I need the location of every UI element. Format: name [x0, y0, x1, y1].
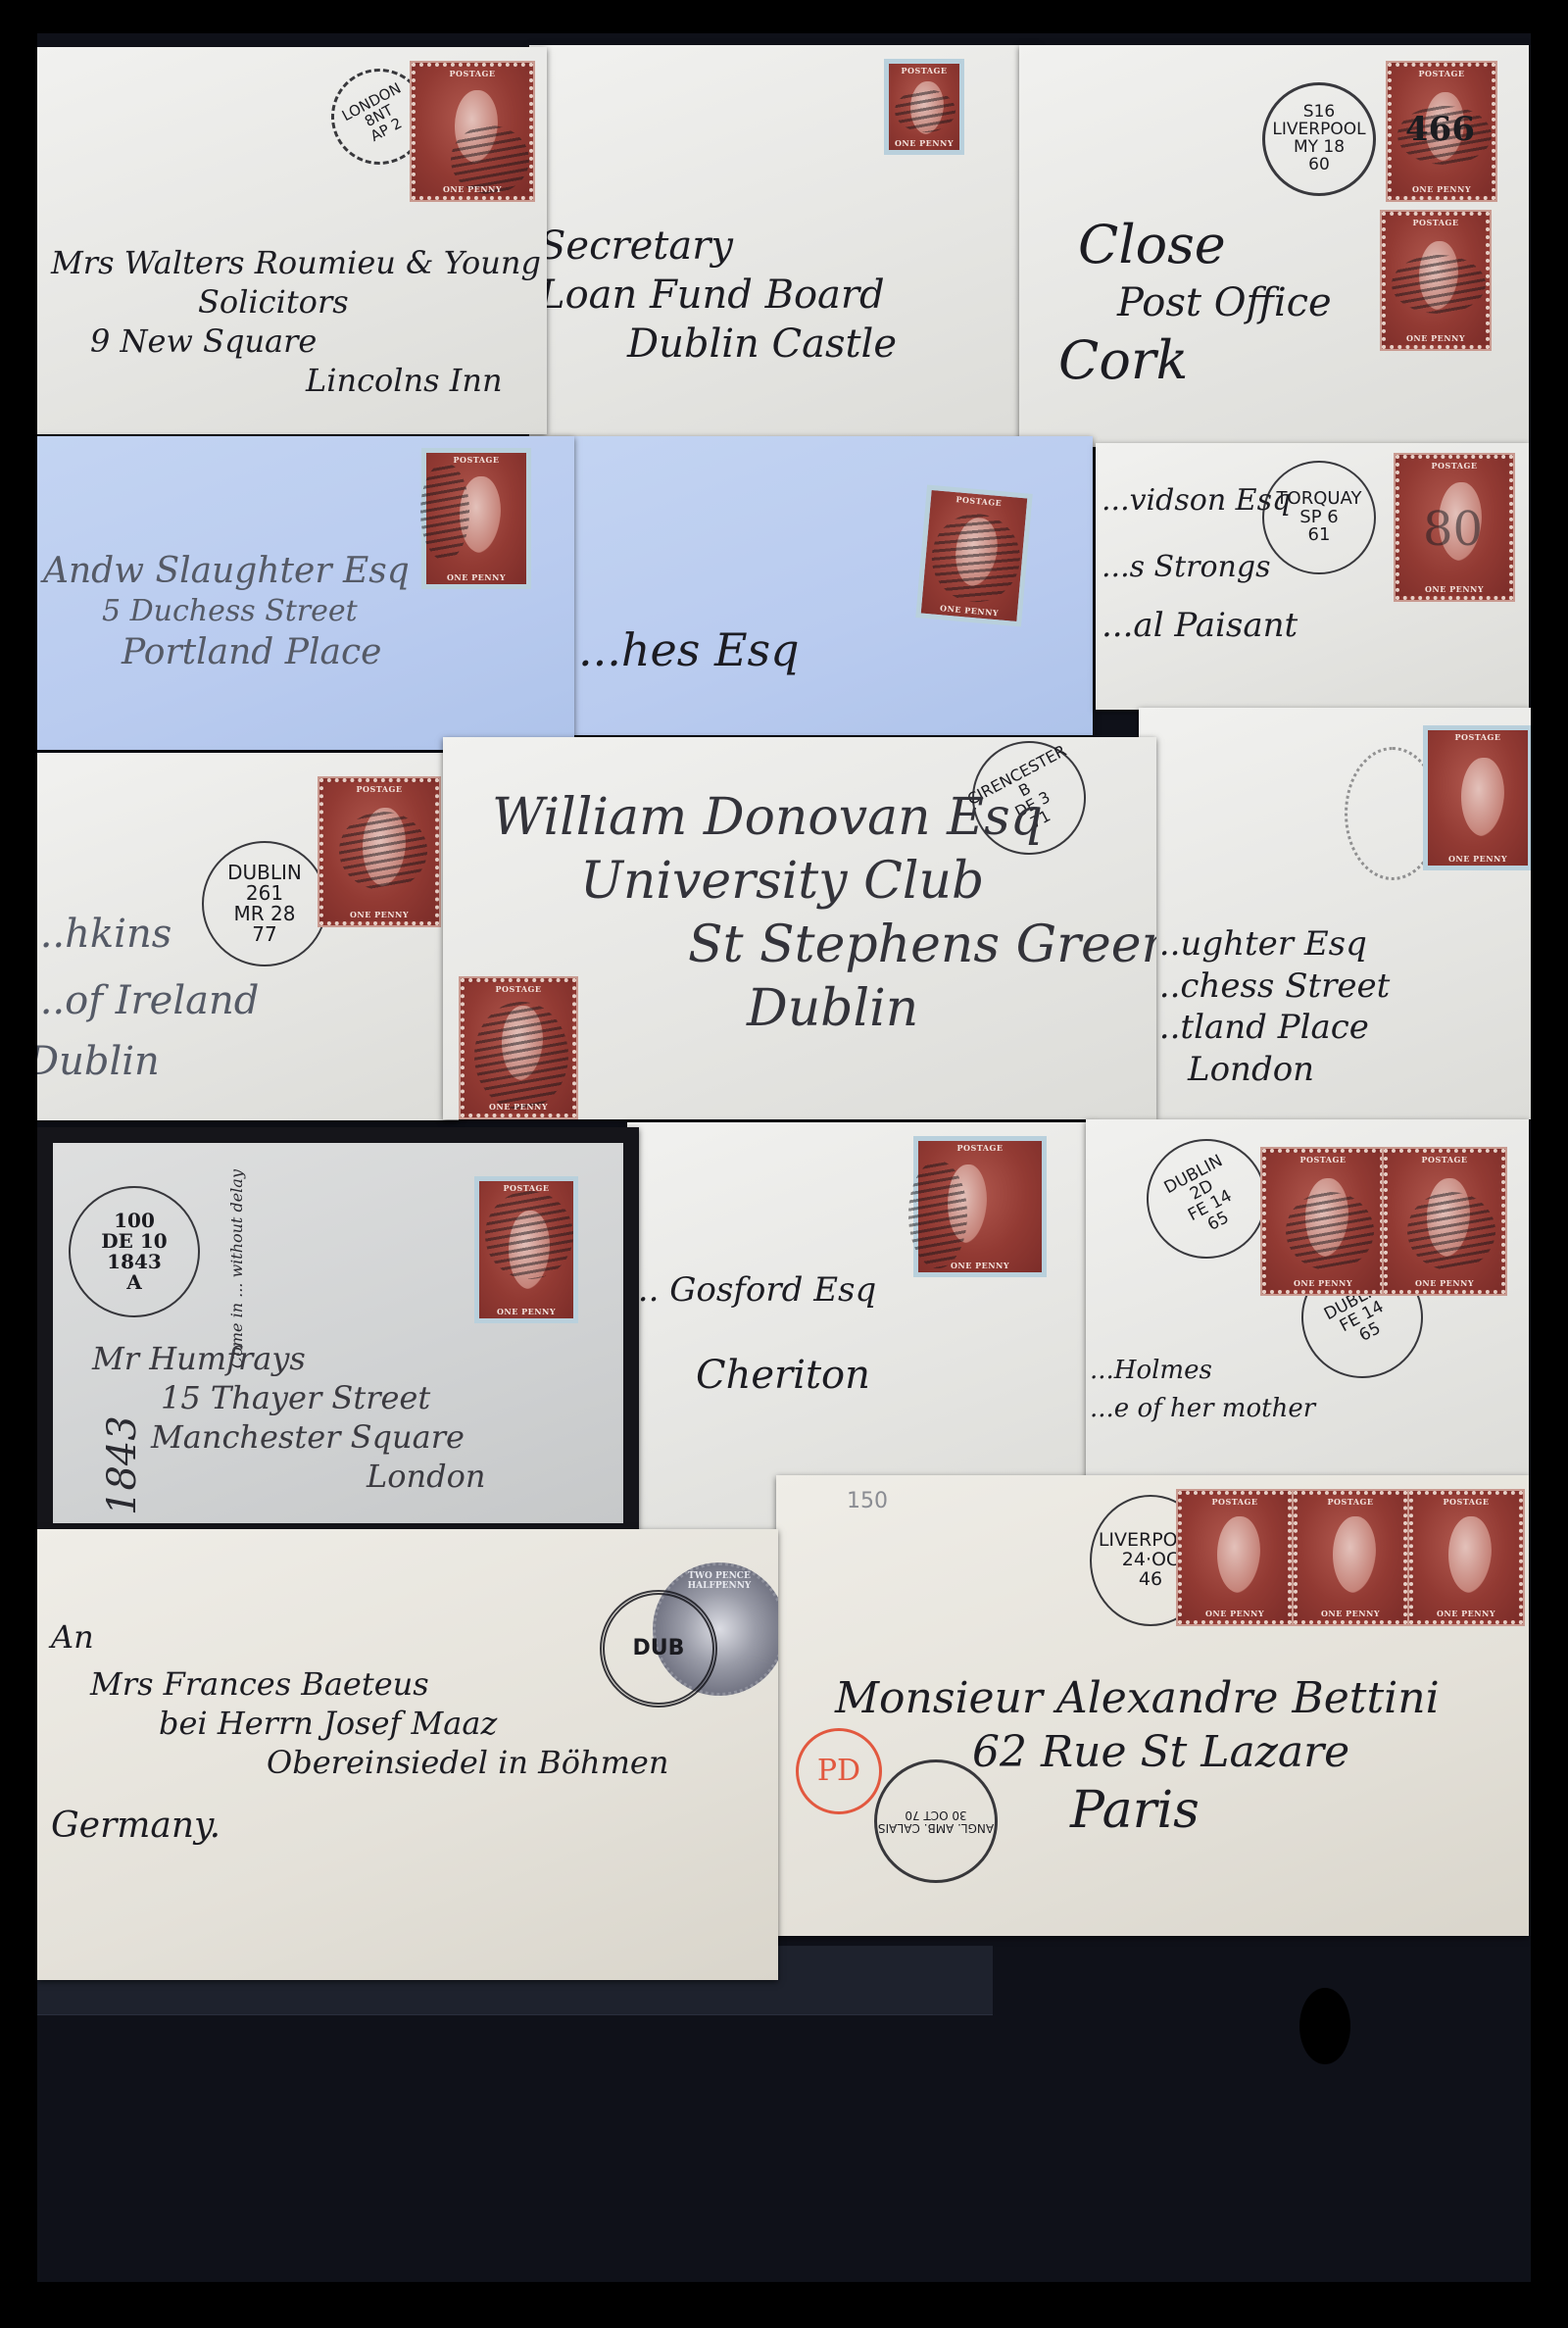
cover-address: ...Holmes ...e of her mother: [1090, 1355, 1315, 1424]
penny-red-stamp: POSTAGEONE PENNY: [884, 59, 964, 155]
cover-germany: TWO PENCE HALFPENNY DUB An Mrs Frances B…: [37, 1529, 778, 1980]
penny-red-stamp: POSTAGEONE PENNY: [1262, 1149, 1384, 1294]
cover-donovan: CIRENCESTERBDE 371 William Donovan Esq U…: [443, 737, 1156, 1119]
penny-red-stamp: POSTAGEONE PENNY: [1409, 1491, 1523, 1624]
cover-gosford: POSTAGEONE PENNY ... Gosford Esq Cherito…: [627, 1122, 1098, 1534]
penny-red-stamp: POSTAGE 80 ONE PENNY: [1396, 455, 1513, 600]
cover-dublin-65: DUBLIN2DFE 1465 DUBLINFE 1465 POSTAGEONE…: [1086, 1119, 1529, 1492]
cover-address: Close Post Office Cork: [1039, 212, 1332, 393]
penny-red-stamp: POSTAGEONE PENNY: [1294, 1491, 1407, 1624]
cover-address: William Donovan Esq University Club St S…: [492, 786, 1156, 1041]
cover-address: Monsieur Alexandre Bettini 62 Rue St Laz…: [835, 1671, 1440, 1843]
penny-red-stamp: POSTAGEONE PENNY: [474, 1176, 578, 1323]
cover-paris: 150 LIVERPOOL24·OC46 POSTAGEONE PENNY PO…: [776, 1475, 1529, 1936]
penny-red-stamp: POSTAGEONE PENNY: [915, 485, 1032, 627]
cover-slaughter: POSTAGEONE PENNY Andw Slaughter Esq 5 Du…: [37, 436, 574, 750]
postmark-liverpool: S16LIVERPOOLMY 1860: [1262, 82, 1376, 196]
cover-address: An Mrs Frances Baeteus bei Herrn Josef M…: [51, 1617, 668, 1848]
cover-cork: S16LIVERPOOLMY 1860 POSTAGE 466 ONE PENN…: [1019, 45, 1529, 447]
cover-blue-centre: POSTAGEONE PENNY ...hes Esq: [549, 436, 1093, 735]
penny-red-stamp: POSTAGEONE PENNY: [412, 63, 533, 200]
punch-hole: [1299, 1988, 1350, 2064]
penny-red-stamp: POSTAGEONE PENNY: [421, 448, 531, 589]
numeral-cancel: 466: [1405, 110, 1475, 149]
penny-red-stamp: POSTAGEONE PENNY: [913, 1136, 1047, 1277]
cover-dublin-77: DUBLIN261MR 2877 POSTAGEONE PENNY ...hki…: [37, 753, 459, 1120]
penny-red-stamp: POSTAGE 466 ONE PENNY: [1388, 63, 1495, 200]
docket-year: 1843: [100, 1415, 145, 1515]
cover-address: Mr Humfrays 15 Thayer Street Manchester …: [92, 1339, 485, 1496]
cover-address: ...hkins ...of Ireland Dublin: [37, 910, 259, 1086]
cover-address: Mrs Walters Roumieu & Young Solicitors 9…: [51, 243, 541, 400]
penny-red-stamp: POSTAGEONE PENNY: [1384, 1149, 1505, 1294]
penny-red-stamp: POSTAGEONE PENNY: [1382, 212, 1490, 349]
cover-mourning: 100DE 101843A Come in ... without delay …: [37, 1127, 639, 1539]
numeral-cancel: 80: [1423, 502, 1483, 557]
cover-london-place: POSTAGEONE PENNY ...ughter Esq ...chess …: [1139, 708, 1531, 1119]
penny-red-stamp: POSTAGEONE PENNY: [461, 978, 576, 1117]
penny-red-stamp: POSTAGEONE PENNY: [1178, 1491, 1292, 1624]
cover-dublin-castle: POSTAGEONE PENNY Secretary Loan Fund Boa…: [529, 45, 1039, 437]
cover-address: ...ughter Esq ...chess Street ...tland P…: [1149, 923, 1390, 1090]
penny-red-stamp: POSTAGEONE PENNY: [319, 778, 439, 925]
cover-torquay: TORQUAYSP 661 POSTAGE 80 ONE PENNY ...vi…: [1096, 443, 1529, 710]
cover-address: ...vidson Esq ...s Strongs ...al Paisant: [1102, 482, 1298, 647]
postmark-1843: 100DE 101843A: [69, 1186, 200, 1317]
penny-red-stamp: POSTAGEONE PENNY: [1423, 725, 1531, 870]
cover-address: ... Gosford Esq Cheriton: [627, 1269, 876, 1400]
cover-address: Andw Slaughter Esq 5 Duchess Street Port…: [43, 549, 410, 674]
cover-london: LONDON8NTAP 2 POSTAGEONE PENNY Mrs Walte…: [37, 47, 547, 434]
pencil-note: 150: [847, 1489, 888, 1513]
cover-address: ...hes Esq: [578, 622, 800, 679]
cover-address: Secretary Loan Fund Board Dublin Castle: [539, 222, 897, 369]
